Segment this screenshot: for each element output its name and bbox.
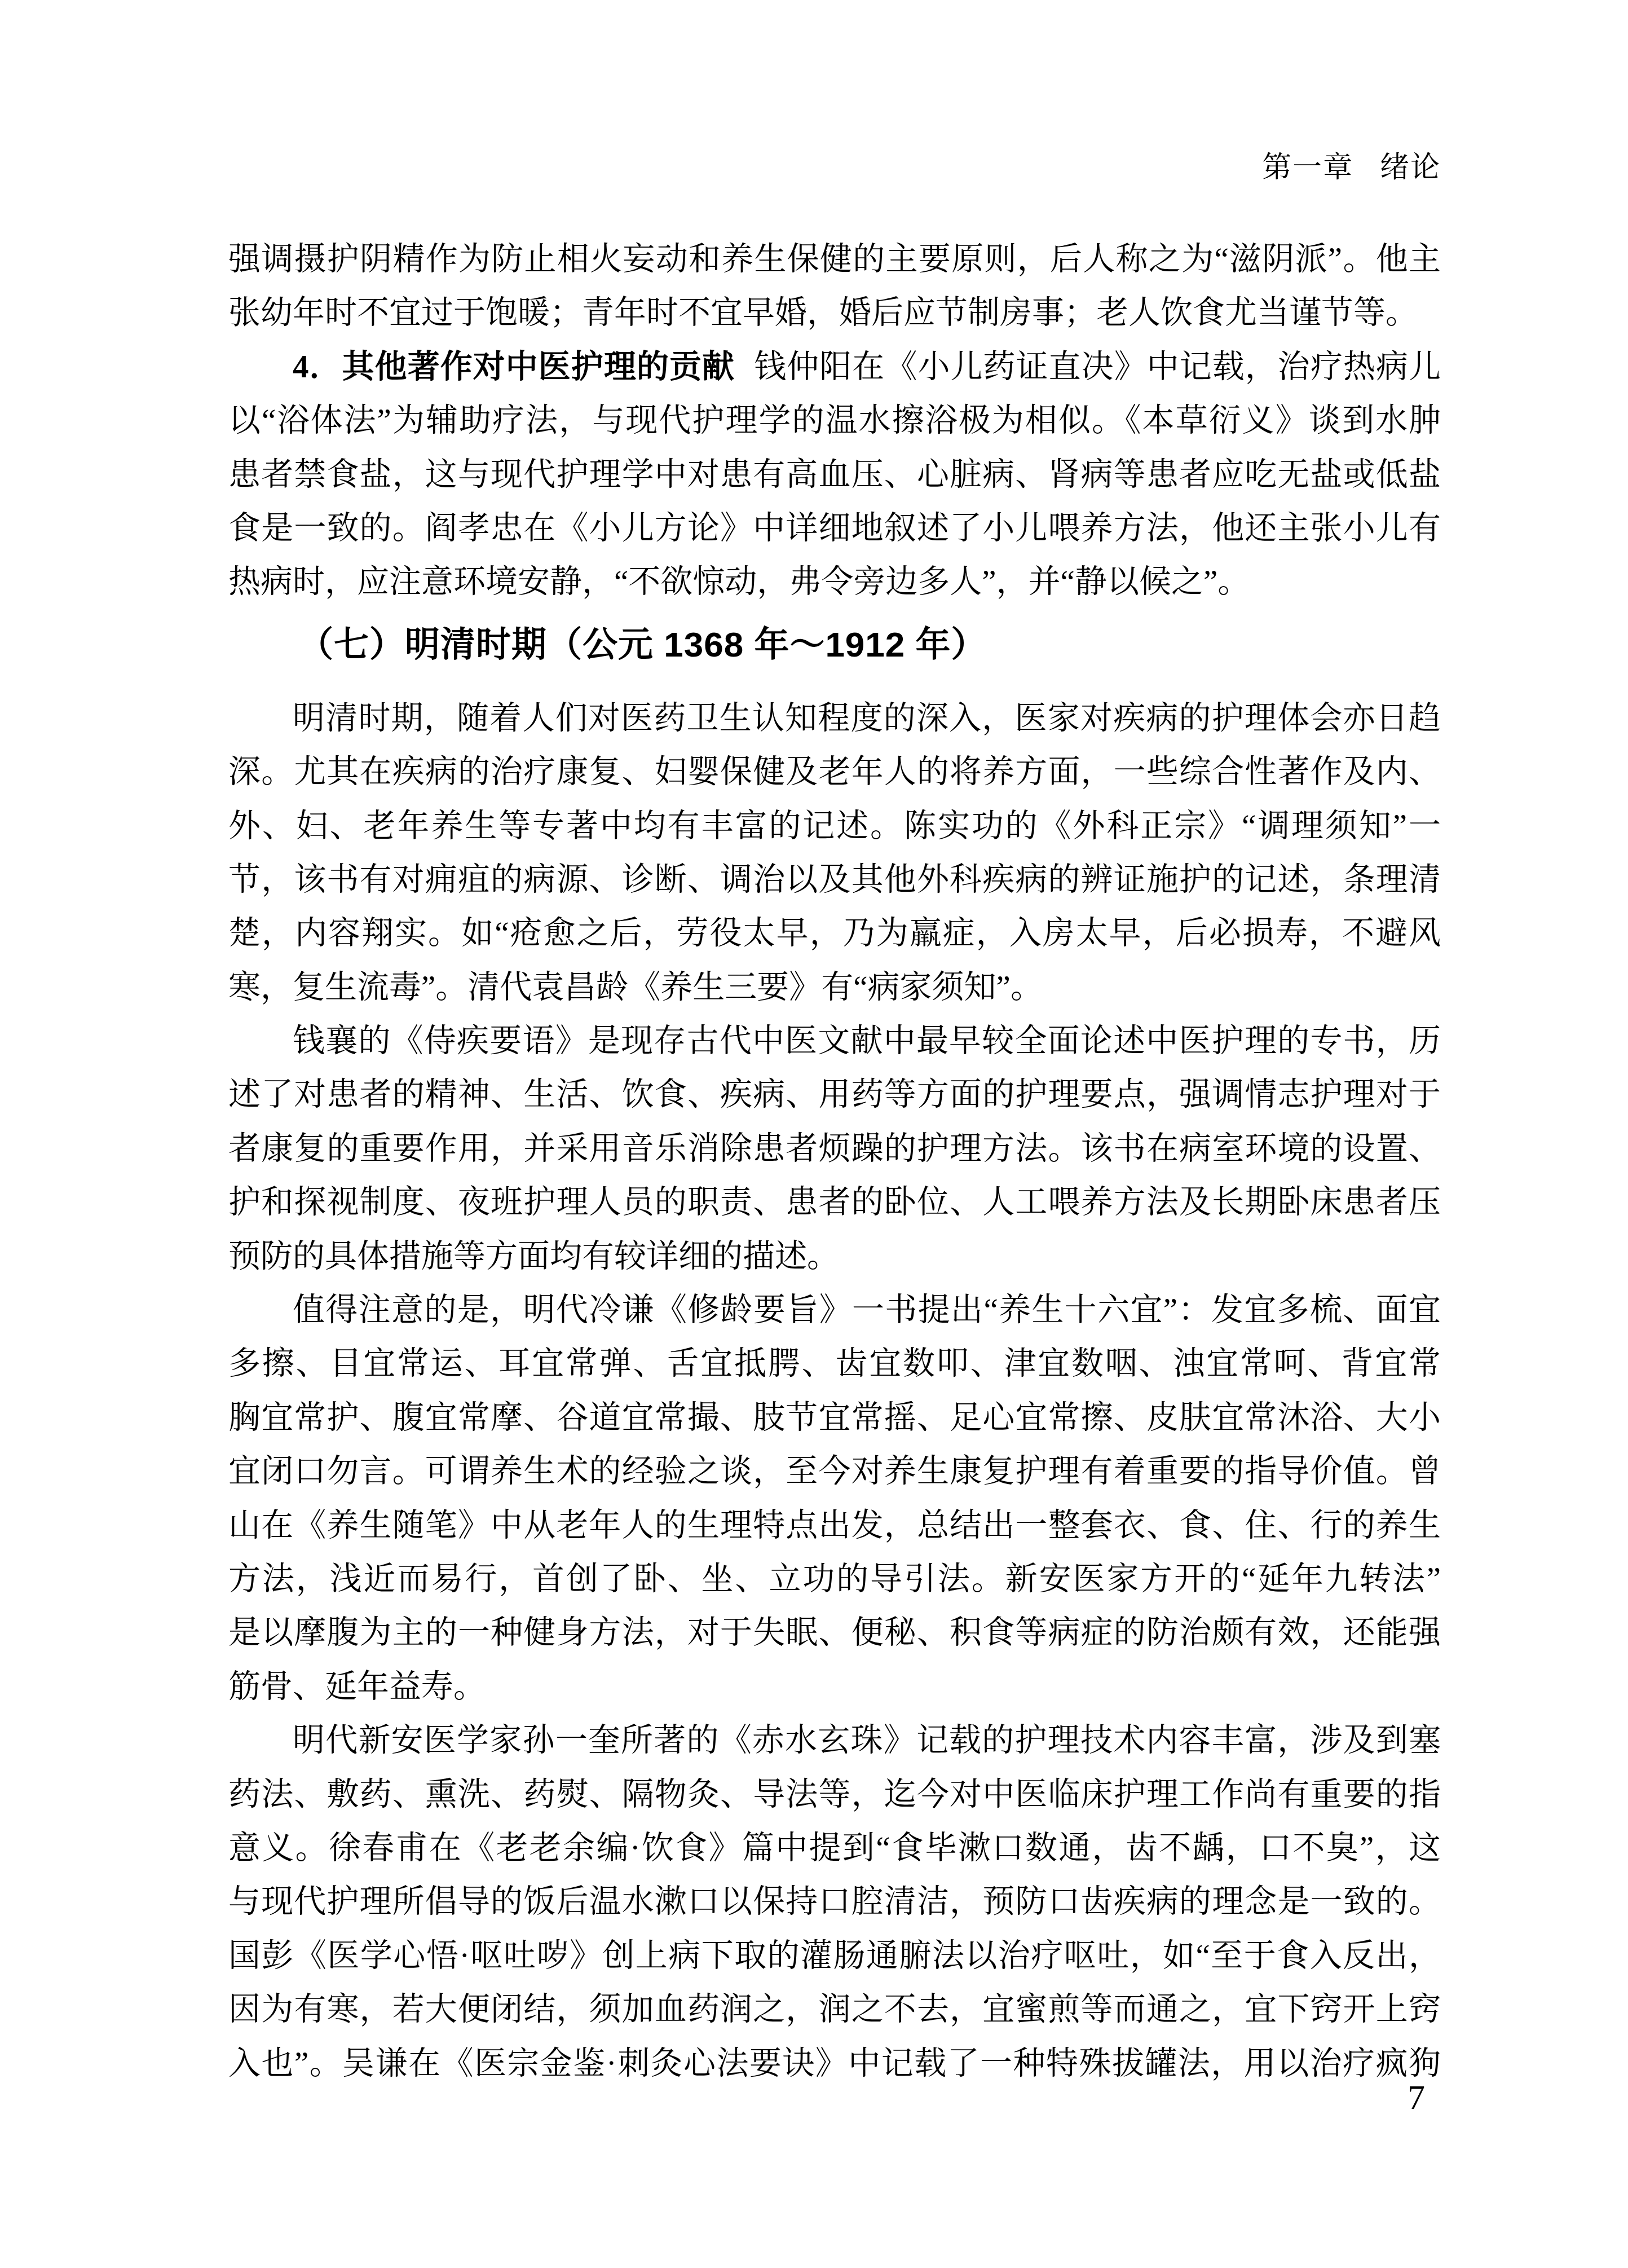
text-line: 方法，浅近而易行，首创了卧、坐、立功的导引法。新安医家方开的“延年九转法” [228, 1552, 1441, 1606]
text-line: 节，该书有对痈疽的病源、诊断、调治以及其他外科疾病的辨证施护的记述，条理清 [228, 853, 1441, 906]
text-line: 钱襄的《侍疾要语》是现存古代中医文献中最早较全面论述中医护理的专书，历 [228, 1014, 1441, 1068]
text-line: 筋骨、延年益寿。 [228, 1660, 1441, 1714]
running-header: 第一章绪论 [228, 151, 1441, 185]
chapter-title: 绪论 [1380, 152, 1441, 184]
text-line: 楚，内容翔实。如“疮愈之后，劳役太早，乃为羸症，入房太早，后必损寿，不避风 [228, 906, 1441, 960]
text-line: 意义。徐春甫在《老老余编·饮食》篇中提到“食毕漱口数通，齿不龋，口不臭”，这 [228, 1821, 1441, 1875]
text-line: 张幼年时不宜过于饱暖；青年时不宜早婚，婚后应节制房事；老人饮食尤当谨节等。 [228, 286, 1441, 340]
text-line: 胸宜常护、腹宜常摩、谷道宜常撮、肢节宜常摇、足心宜常擦、皮肤宜常沐浴、大小便 [228, 1391, 1441, 1445]
text-line: 因为有寒，若大便闭结，须加血药润之，润之不去，宜蜜煎等而通之，宜下窍开上窍即 [228, 1983, 1441, 2036]
text-line: 明清时期，随着人们对医药卫生认知程度的深入，医家对疾病的护理体会亦日趋加 [228, 692, 1441, 745]
paragraph: 明代新安医学家孙一奎所著的《赤水玄珠》记载的护理技术内容丰富，涉及到塞药法、敷药… [228, 1714, 1441, 2090]
text-line: 深。尤其在疾病的治疗康复、妇婴保健及老年人的将养方面，一些综合性著作及内、 [228, 745, 1441, 799]
text-line: 与现代护理所倡导的饭后温水漱口以保持口腔清洁，预防口齿疾病的理念是一致的。程 [228, 1875, 1441, 1928]
text-line: 国彭《医学心悟·呕吐哕》创上病下取的灌肠通腑法以治疗呕吐，如“至于食入反出， [228, 1929, 1441, 1983]
text-line: 患者禁食盐，这与现代护理学中对患有高血压、心脏病、肾病等患者应吃无盐或低盐饮 [228, 448, 1441, 501]
book-page: 第一章绪论 强调摄护阴精作为防止相火妄动和养生保健的主要原则，后人称之为“滋阴派… [0, 0, 1628, 2268]
paragraph: 4．其他著作对中医护理的贡献钱仲阳在《小儿药证直决》中记载，治疗热病儿以“浴体法… [228, 340, 1441, 609]
paragraph: 钱襄的《侍疾要语》是现存古代中医文献中最早较全面论述中医护理的专书，历述了对患者… [228, 1014, 1441, 1283]
text-line: 宜闭口勿言。可谓养生术的经验之谈，至今对养生康复护理有着重要的指导价值。曾慈 [228, 1445, 1441, 1498]
page-number: 7 [1408, 2071, 1425, 2125]
text-line: 以“浴体法”为辅助疗法，与现代护理学的温水擦浴极为相似。《本草衍义》谈到水肿 [228, 394, 1441, 447]
text-line: 值得注意的是，明代冷谦《修龄要旨》一书提出“养生十六宜”：发宜多梳、面宜 [228, 1283, 1441, 1337]
text-line: 外、妇、老年养生等专著中均有丰富的记述。陈实功的《外科正宗》“调理须知”一 [228, 799, 1441, 853]
text-line: 山在《养生随笔》中从老年人的生理特点出发，总结出一整套衣、食、住、行的养生 [228, 1499, 1441, 1552]
numbered-subheading: 4．其他著作对中医护理的贡献 [293, 349, 735, 385]
text-line: 明代新安医学家孙一奎所著的《赤水玄珠》记载的护理技术内容丰富，涉及到塞 [228, 1714, 1441, 1767]
text-run: 钱仲阳在《小儿药证直决》中记载，治疗热病儿 [754, 349, 1441, 385]
text-line: 是以摩腹为主的一种健身方法，对于失眠、便秘、积食等病症的防治颇有效，还能强健 [228, 1606, 1441, 1659]
text-line: 4．其他著作对中医护理的贡献钱仲阳在《小儿药证直决》中记载，治疗热病儿 [228, 340, 1441, 394]
section-heading: （七）明清时期（公元 1368 年～1912 年） [228, 623, 1441, 668]
text-line: 多擦、目宜常运、耳宜常弹、舌宜抵腭、齿宜数叩、津宜数咽、浊宜常呵、背宜常暖、 [228, 1337, 1441, 1390]
text-line: 热病时，应注意环境安静，“不欲惊动，弗令旁边多人”，并“静以候之”。 [228, 555, 1441, 609]
chapter-label: 第一章 [1262, 152, 1353, 184]
paragraph: 值得注意的是，明代冷谦《修龄要旨》一书提出“养生十六宜”：发宜多梳、面宜多擦、目… [228, 1283, 1441, 1714]
text-line: 药法、敷药、熏洗、药熨、隔物灸、导法等，迄今对中医临床护理工作尚有重要的指导 [228, 1768, 1441, 1821]
body-text: 强调摄护阴精作为防止相火妄动和养生保健的主要原则，后人称之为“滋阴派”。他主张幼… [228, 232, 1441, 2090]
page-footer: 7 [228, 2071, 1441, 2125]
text-line: 述了对患者的精神、生活、饮食、疾病、用药等方面的护理要点，强调情志护理对于患 [228, 1068, 1441, 1121]
text-line: 食是一致的。阎孝忠在《小儿方论》中详细地叙述了小儿喂养方法，他还主张小儿有 [228, 501, 1441, 555]
text-line: 强调摄护阴精作为防止相火妄动和养生保健的主要原则，后人称之为“滋阴派”。他主 [228, 232, 1441, 286]
text-line: 者康复的重要作用，并采用音乐消除患者烦躁的护理方法。该书在病室环境的设置、陪 [228, 1122, 1441, 1175]
paragraph: 明清时期，随着人们对医药卫生认知程度的深入，医家对疾病的护理体会亦日趋加深。尤其… [228, 692, 1441, 1014]
text-line: 寒，复生流毒”。清代袁昌龄《养生三要》有“病家须知”。 [228, 961, 1441, 1014]
paragraph: 强调摄护阴精作为防止相火妄动和养生保健的主要原则，后人称之为“滋阴派”。他主张幼… [228, 232, 1441, 340]
text-line: 预防的具体措施等方面均有较详细的描述。 [228, 1230, 1441, 1283]
text-line: 护和探视制度、夜班护理人员的职责、患者的卧位、人工喂养方法及长期卧床患者压疮 [228, 1175, 1441, 1229]
